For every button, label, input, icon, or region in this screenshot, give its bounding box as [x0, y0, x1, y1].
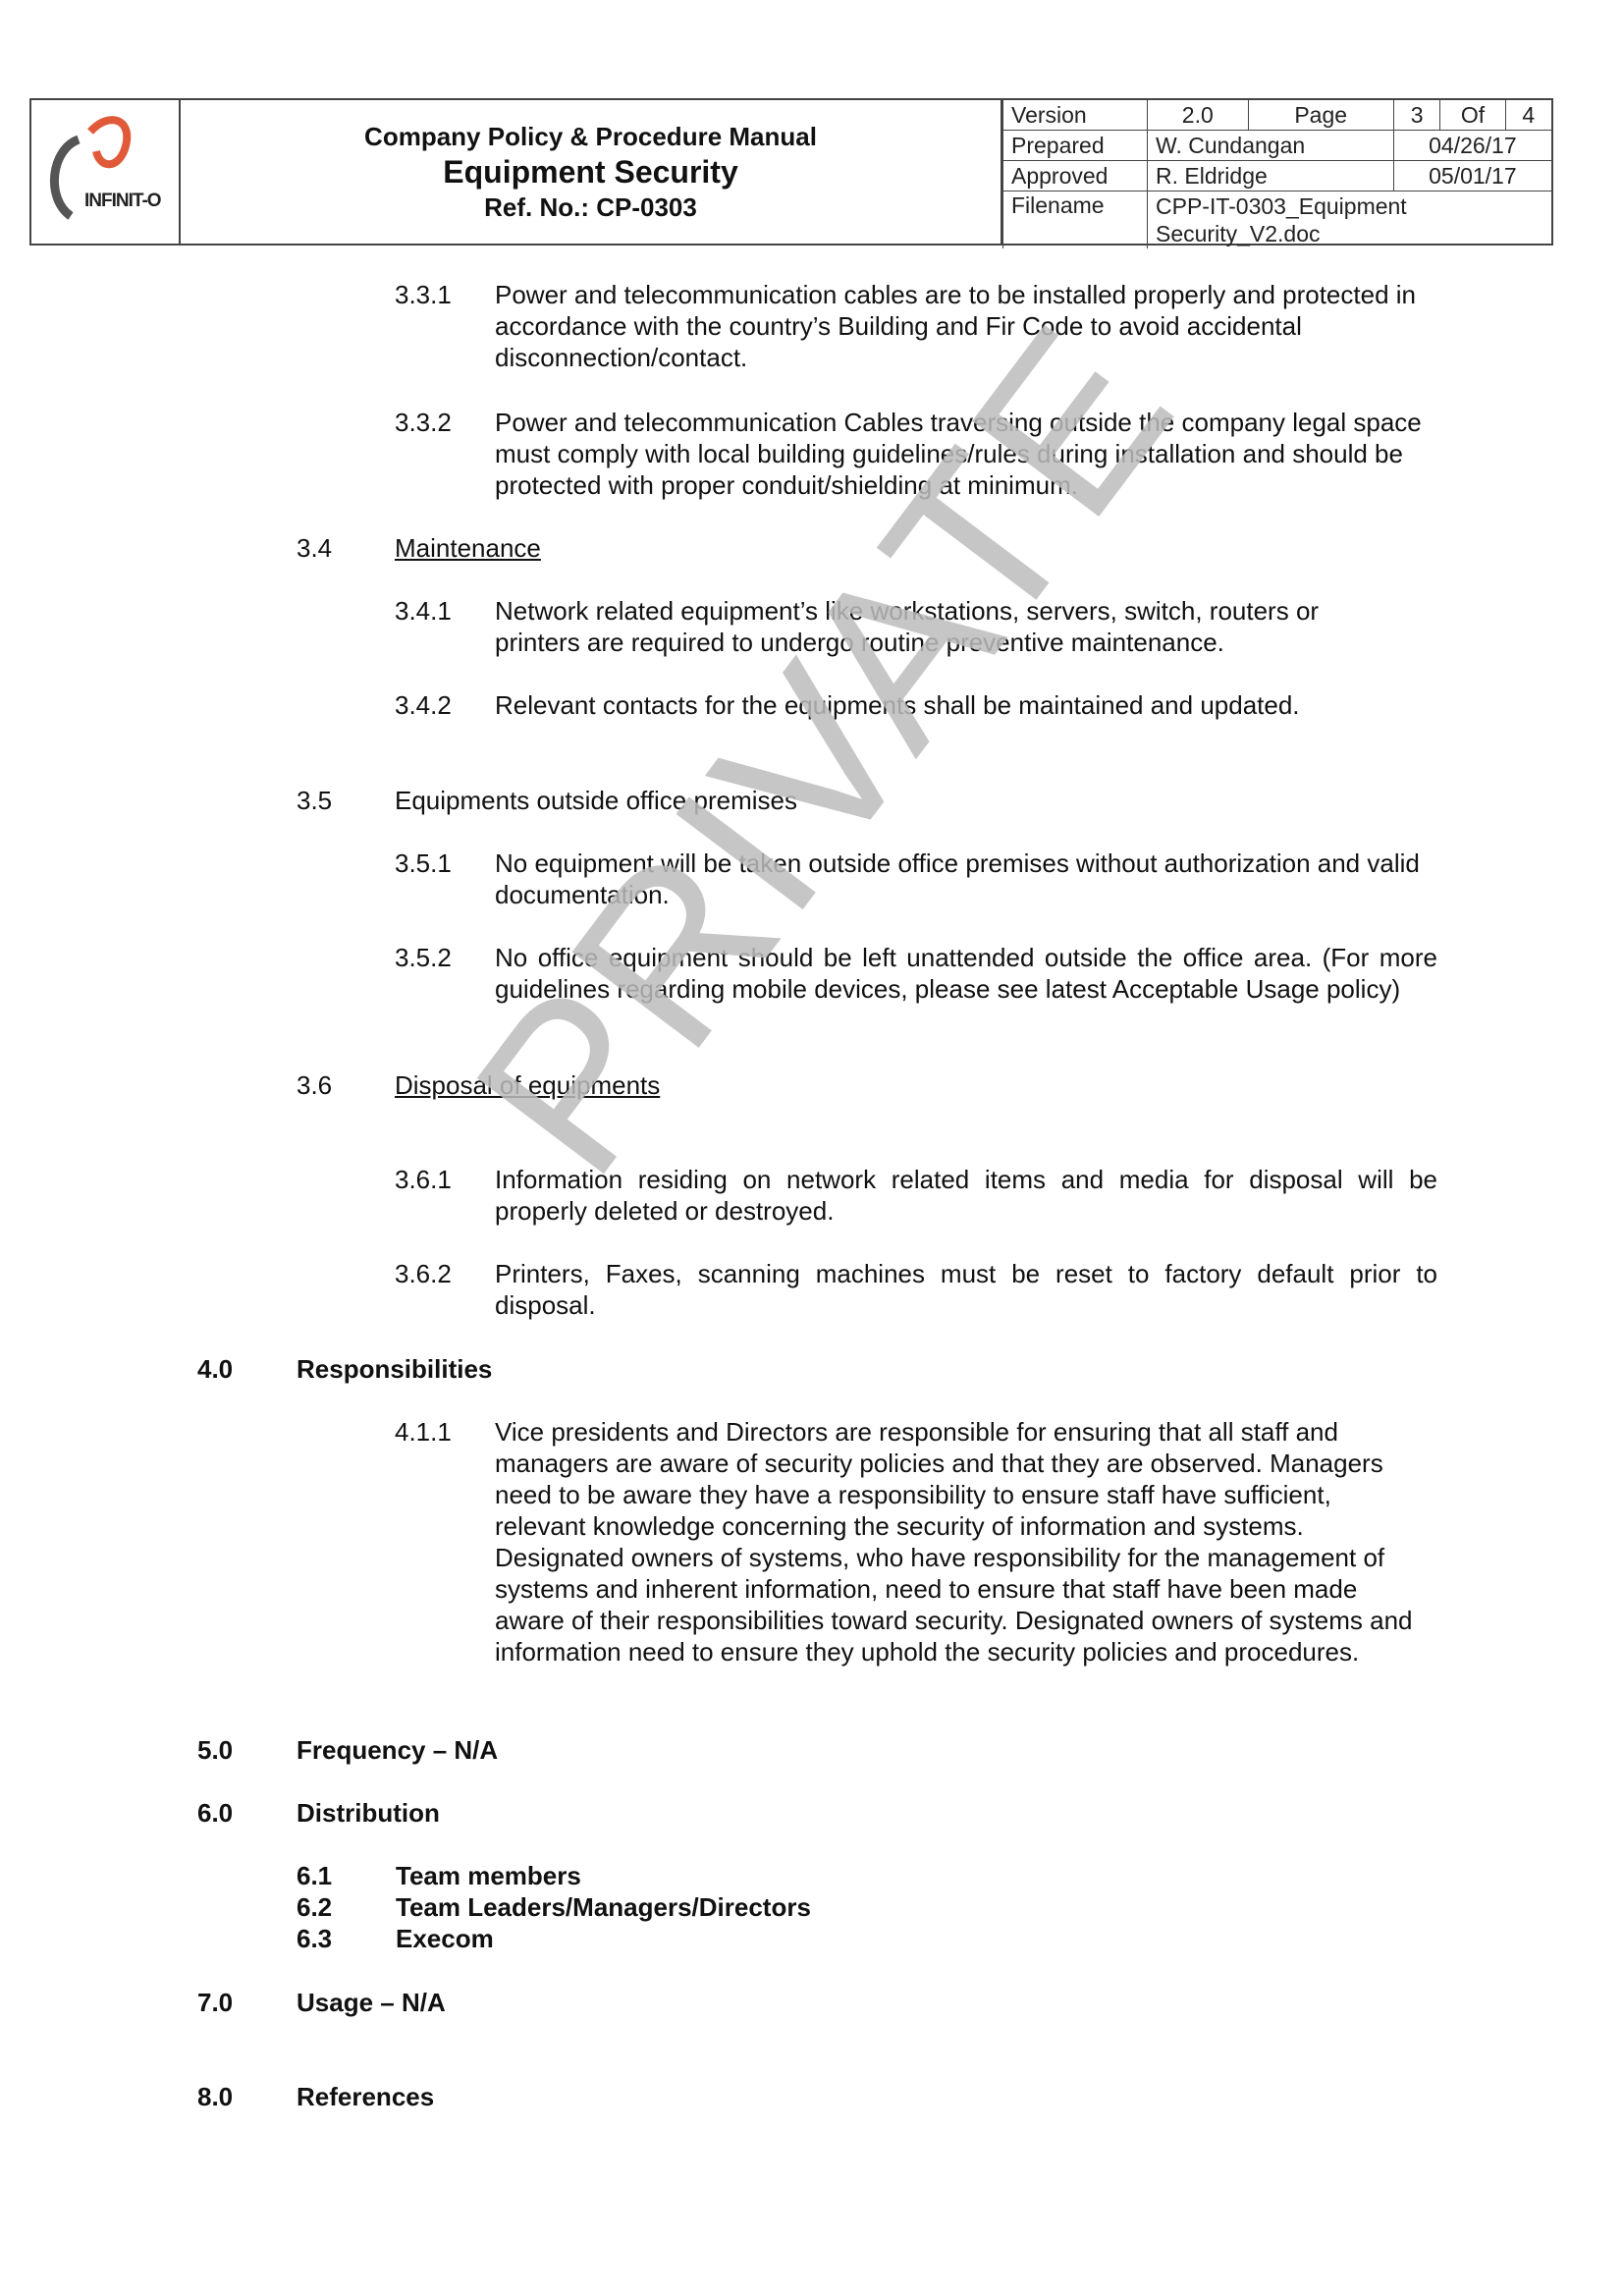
- section-7-0-heading: 7.0 Usage – N/A: [197, 1987, 446, 2018]
- section-6-1: 6.1 Team members: [297, 1860, 581, 1891]
- header-title-block: Company Policy & Procedure Manual Equipm…: [181, 100, 1002, 244]
- document-meta-table: Version 2.0 Page 3 Of 4 Prepared W. Cund…: [1002, 100, 1551, 244]
- approved-date: 05/01/17: [1393, 161, 1551, 191]
- version-value: 2.0: [1148, 100, 1249, 131]
- document-header: INFINIT-O Company Policy & Procedure Man…: [29, 98, 1553, 246]
- approved-label: Approved: [1003, 161, 1148, 191]
- filename-label: Filename: [1003, 191, 1148, 249]
- page-total: 4: [1505, 100, 1551, 131]
- section-6-3: 6.3 Execom: [297, 1923, 494, 1954]
- reference-number: Ref. No.: CP-0303: [484, 192, 697, 223]
- section-3-4-1: 3.4.1 Network related equipment’s like w…: [395, 595, 1408, 658]
- page-number: 3: [1393, 100, 1440, 131]
- section-5-0-heading: 5.0 Frequency – N/A: [197, 1734, 498, 1766]
- manual-title: Company Policy & Procedure Manual: [364, 122, 817, 152]
- section-3-4-2: 3.4.2 Relevant contacts for the equipmen…: [395, 689, 1437, 721]
- filename-value: CPP-IT-0303_Equipment Security_V2.doc: [1148, 191, 1552, 249]
- logo-text: INFINIT-O: [84, 191, 161, 212]
- section-3-6-1: 3.6.1 Information residing on network re…: [395, 1164, 1437, 1227]
- of-label: Of: [1440, 100, 1505, 131]
- page-label: Page: [1248, 100, 1393, 131]
- section-3-5-1: 3.5.1 No equipment will be taken outside…: [395, 847, 1437, 910]
- section-3-5-2: 3.5.2 No office equipment should be left…: [395, 942, 1437, 1005]
- section-6-2: 6.2 Team Leaders/Managers/Directors: [297, 1891, 811, 1923]
- section-4-0-heading: 4.0 Responsibilities: [197, 1353, 492, 1385]
- section-6-0-heading: 6.0 Distribution: [197, 1797, 440, 1829]
- prepared-date: 04/26/17: [1393, 131, 1551, 161]
- section-3-6-heading: 3.6 Disposal of equipments: [297, 1069, 660, 1101]
- section-3-6-2: 3.6.2 Printers, Faxes, scanning machines…: [395, 1258, 1437, 1321]
- approved-by: R. Eldridge: [1148, 161, 1394, 191]
- company-logo: INFINIT-O: [31, 100, 181, 244]
- section-8-0-heading: 8.0 References: [197, 2081, 434, 2112]
- document-title: Equipment Security: [443, 154, 738, 191]
- section-3-4-heading: 3.4 Maintenance: [297, 532, 541, 564]
- section-4-1-1: 4.1.1 Vice presidents and Directors are …: [395, 1416, 1413, 1667]
- prepared-label: Prepared: [1003, 131, 1148, 161]
- infinity-logo-icon: [31, 100, 177, 244]
- section-3-3-2: 3.3.2 Power and telecommunication Cables…: [395, 407, 1437, 501]
- prepared-by: W. Cundangan: [1148, 131, 1394, 161]
- section-3-5-heading: 3.5 Equipments outside office premises: [297, 785, 797, 816]
- version-label: Version: [1003, 100, 1148, 131]
- section-3-3-1: 3.3.1 Power and telecommunication cables…: [395, 279, 1437, 373]
